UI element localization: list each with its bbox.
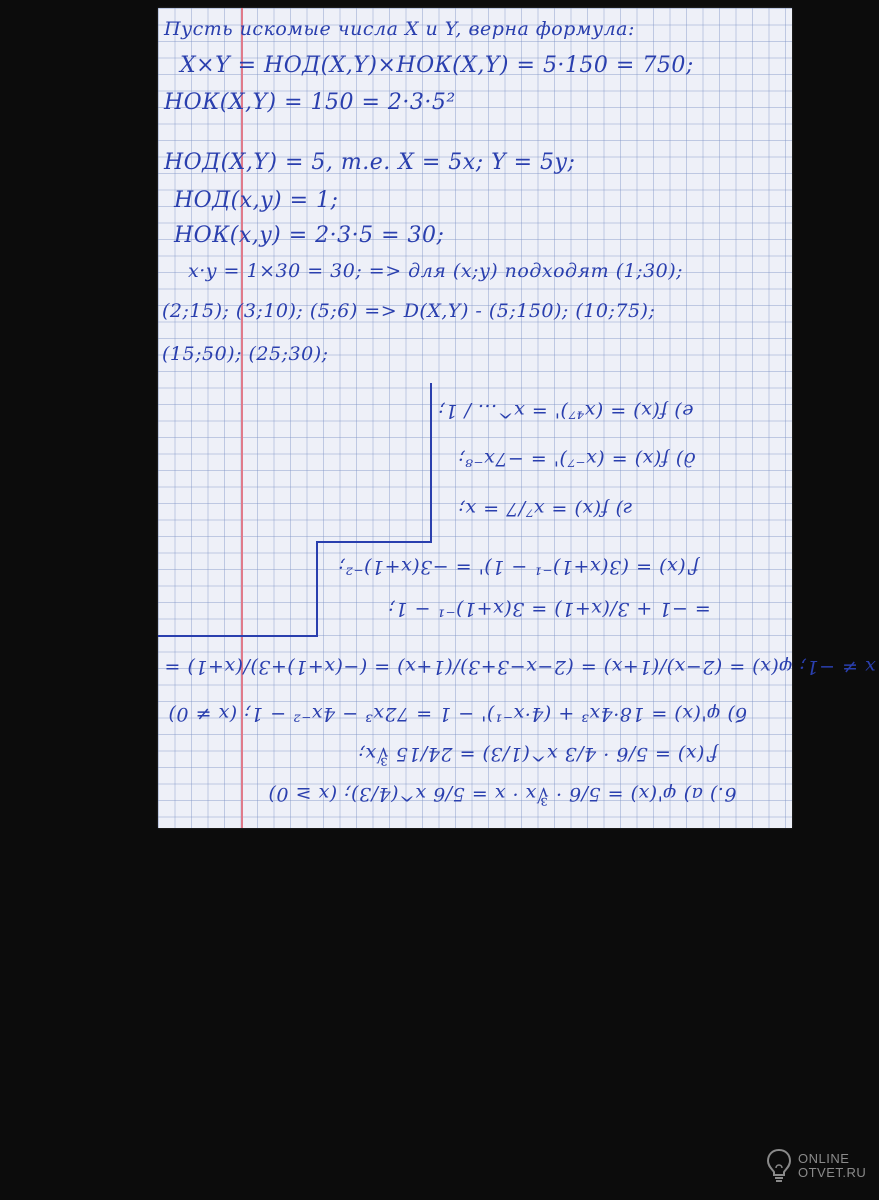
flipped-line-3: б) φ'(x) = 18·4x³ + (4·x⁻¹)' − 1 = 72x³ … xyxy=(168,703,747,725)
text-line-1: Пусть искомые числа X и Y, верна формула… xyxy=(164,18,635,40)
watermark: ONLINE OTVET.RU xyxy=(766,1148,866,1184)
flipped-line-8: д) f(x) = (x⁻⁷)' = −7x⁻⁸; xyxy=(458,448,696,470)
bracket-line xyxy=(316,541,318,636)
flipped-line-6: f'(x) = (3(x+1)⁻¹ − 1)' = −3(x+1)⁻²; xyxy=(338,556,699,578)
flipped-line-9: е) f(x) = (x⁴⁷)' = x^... / 1; xyxy=(438,400,694,422)
bracket-line xyxy=(158,635,318,637)
watermark-line-1: ONLINE xyxy=(798,1152,866,1166)
watermark-line-2: OTVET.RU xyxy=(798,1166,866,1180)
flipped-line-1: 6.) а) φ'(x) = 5/6 · ∛x · x = 5/6 x^(4/3… xyxy=(268,783,737,805)
notebook-page: Пусть искомые числа X и Y, верна формула… xyxy=(158,8,792,828)
bracket-line xyxy=(430,383,432,543)
lightbulb-icon xyxy=(766,1148,792,1184)
bracket-line xyxy=(316,541,432,543)
text-line-8: (2;15); (3;10); (5;6) => D(X,Y) - (5;150… xyxy=(162,300,655,322)
text-line-3: НОК(X,Y) = 150 = 2·3·5² xyxy=(164,90,456,115)
flipped-line-2: f'(x) = 5/6 · 4/3 x^(1/3) = 24/15 ∛x; xyxy=(358,743,718,765)
flipped-line-4: в) x ≠ −1; φ(x) = (2−x)/(1+x) = (2−x−3+3… xyxy=(164,656,879,678)
flipped-line-5: = −1 + 3/(x+1) = 3(x+1)⁻¹ − 1; xyxy=(388,598,711,620)
text-line-9: (15;50); (25;30); xyxy=(162,343,329,365)
text-line-7: x·y = 1×30 = 30; => для (x;y) подходят (… xyxy=(188,260,683,282)
text-line-4: НОД(X,Y) = 5, т.е. X = 5x; Y = 5y; xyxy=(164,150,575,175)
flipped-line-7: г) f(x) = x⁷/7 = x; xyxy=(458,498,633,520)
text-line-5: НОД(x,y) = 1; xyxy=(174,188,338,213)
text-line-2: X×Y = НОД(X,Y)×НОК(X,Y) = 5·150 = 750; xyxy=(180,53,694,78)
text-line-6: НОК(x,y) = 2·3·5 = 30; xyxy=(174,223,444,248)
